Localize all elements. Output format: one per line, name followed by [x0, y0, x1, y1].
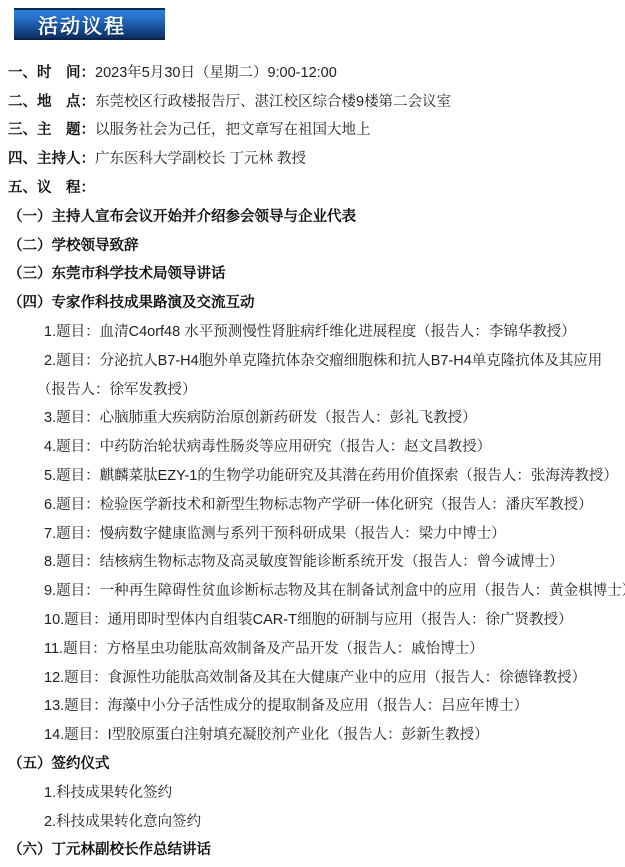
agenda-title-banner: 活动议程 — [14, 8, 165, 40]
agenda-item: 14.题目：I型胶原蛋白注射填充凝胶剂产业化（报告人：彭新生教授） — [0, 719, 625, 748]
section-heading-1: （一）主持人宣布会议开始并介绍参会领导与企业代表 — [0, 201, 625, 230]
agenda-item: 2.题目：分泌抗人B7-H4胞外单克隆抗体杂交瘤细胞株和抗人B7-H4单克隆抗体… — [0, 345, 625, 374]
meta-value: 2023年5月30日（星期二）9:00-12:00 — [95, 61, 337, 82]
meta-value: 东莞校区行政楼报告厅、湛江校区综合楼9楼第二会议室 — [95, 90, 451, 111]
section-heading-2: （二）学校领导致辞 — [0, 230, 625, 259]
section-heading-5: （五）签约仪式 — [0, 748, 625, 777]
agenda-item: 9.题目：一种再生障碍性贫血诊断标志物及其在制备试剂盒中的应用（报告人：黄金棋博… — [0, 575, 625, 604]
agenda-item: 4.题目：中药防治轮状病毒性肠炎等应用研究（报告人：赵文昌教授） — [0, 431, 625, 460]
meta-value: 以服务社会为己任，把文章写在祖国大地上 — [95, 118, 371, 139]
meta-value: 广东医科大学副校长 丁元林 教授 — [95, 147, 306, 168]
meta-label: 四、主持人： — [8, 147, 95, 168]
agenda-item: 2.科技成果转化意向签约 — [0, 806, 625, 835]
agenda-item: 3.题目：心脑肺重大疾病防治原创新药研发（报告人：彭礼飞教授） — [0, 403, 625, 432]
meta-label: 二、地 点： — [8, 90, 95, 111]
agenda-item: 7.题目：慢病数字健康监测与系列干预科研成果（报告人：梁力中博士） — [0, 518, 625, 547]
section-heading-4: （四）专家作科技成果路演及交流互动 — [0, 287, 625, 316]
meta-line-2: 二、地 点：东莞校区行政楼报告厅、湛江校区综合楼9楼第二会议室 — [0, 86, 625, 115]
agenda-item-continuation: （报告人：徐军发教授） — [0, 374, 625, 403]
agenda-content: 一、时 间：2023年5月30日（星期二）9:00-12:00二、地 点：东莞校… — [0, 57, 625, 863]
agenda-item: 8.题目：结核病生物标志物及高灵敏度智能诊断系统开发（报告人：曾今诚博士） — [0, 547, 625, 576]
section-heading-6: （六）丁元林副校长作总结讲话 — [0, 835, 625, 864]
agenda-item: 1.题目：血清C4orf48 水平预测慢性肾脏病纤维化进展程度（报告人：李锦华教… — [0, 316, 625, 345]
meta-label: 三、主 题： — [8, 118, 95, 139]
agenda-item: 6.题目：检验医学新技术和新型生物标志物产学研一体化研究（报告人：潘庆军教授） — [0, 489, 625, 518]
meta-label: 一、时 间： — [8, 61, 95, 82]
page-title: 活动议程 — [14, 10, 126, 39]
agenda-item: 13.题目：海藻中小分子活性成分的提取制备及应用（报告人：吕应年博士） — [0, 691, 625, 720]
section-heading-3: （三）东莞市科学技术局领导讲话 — [0, 259, 625, 288]
agenda-item: 12.题目：食源性功能肽高效制备及其在大健康产业中的应用（报告人：徐德锋教授） — [0, 662, 625, 691]
agenda-item: 5.题目：麒麟菜肽EZY-1的生物学功能研究及其潜在药用价值探索（报告人：张海涛… — [0, 460, 625, 489]
agenda-item: 10.题目：通用即时型体内自组装CAR-T细胞的研制与应用（报告人：徐广贤教授） — [0, 604, 625, 633]
meta-line-4: 四、主持人：广东医科大学副校长 丁元林 教授 — [0, 143, 625, 172]
agenda-item: 1.科技成果转化签约 — [0, 777, 625, 806]
meta-line-3: 三、主 题：以服务社会为己任，把文章写在祖国大地上 — [0, 115, 625, 144]
meta-line-5: 五、议 程： — [0, 172, 625, 201]
agenda-page: 活动议程 一、时 间：2023年5月30日（星期二）9:00-12:00二、地 … — [0, 8, 625, 863]
meta-line-1: 一、时 间：2023年5月30日（星期二）9:00-12:00 — [0, 57, 625, 86]
meta-label: 五、议 程： — [8, 176, 95, 197]
agenda-item: 11.题目：方格星虫功能肽高效制备及产品开发（报告人：戚怡博士） — [0, 633, 625, 662]
